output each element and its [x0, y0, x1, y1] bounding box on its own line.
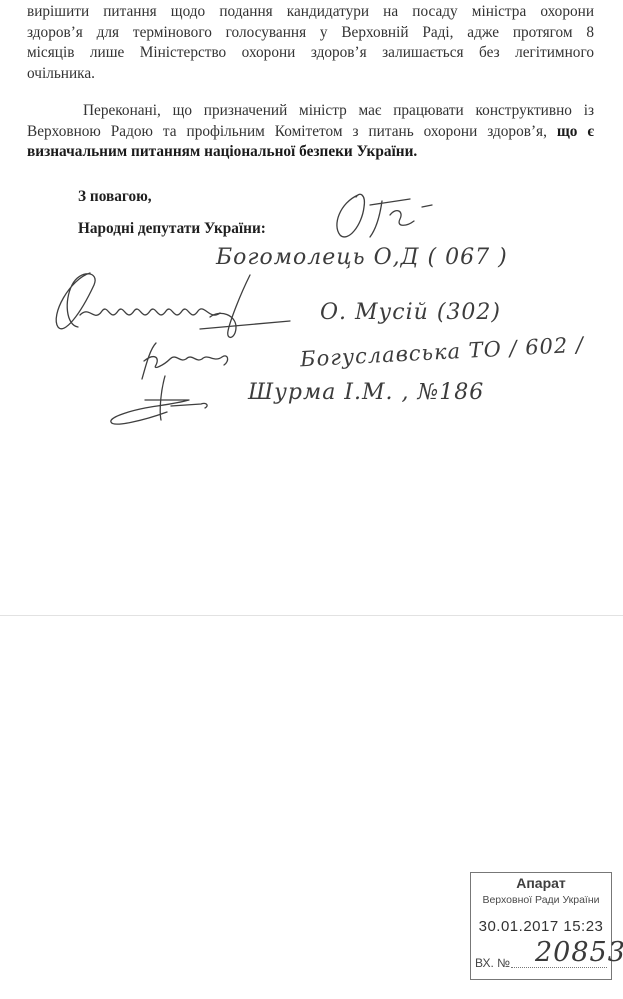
text-line: здоров’я для термінового голосування у В…: [27, 23, 594, 44]
stamp-organization: Верховної Ради України: [471, 894, 611, 906]
page-fold-line: [0, 615, 623, 616]
signature-name-2: О. Мусій (302): [320, 300, 501, 325]
signatories-label: Народні депутати України:: [78, 220, 266, 238]
text-regular: Верховною Радою та профільним Комітетом …: [27, 123, 557, 140]
signature-mark-1: [330, 185, 440, 245]
stamp-datetime: 30.01.2017 15:23: [471, 918, 611, 935]
stamp-title: Апарат: [471, 875, 611, 891]
text-line: вирішити питання щодо подання кандидатур…: [27, 2, 594, 23]
text-line: очільника.: [27, 64, 594, 85]
text-line: Переконані, що призначений міністр має п…: [27, 101, 594, 122]
stamp-incoming-label: ВХ. №: [475, 956, 510, 970]
registration-stamp: Апарат Верховної Ради України 30.01.2017…: [470, 872, 612, 980]
paragraph-conviction: Переконані, що призначений міністр має п…: [27, 101, 594, 163]
signature-name-4: Шурма І.М. , №186: [248, 380, 484, 405]
paragraph-request: вирішити питання щодо подання кандидатур…: [27, 2, 594, 84]
signature-mark-2: [50, 265, 300, 345]
text-line: місяців лише Міністерство охорони здоров…: [27, 43, 594, 64]
signature-name-3: Богуславська ТО / 602 /: [300, 333, 585, 372]
text-emphasis-line: визначальним питанням національної безпе…: [27, 142, 594, 163]
closing-regards: З повагою,: [78, 188, 152, 206]
text-line: Верховною Радою та профільним Комітетом …: [27, 122, 594, 143]
text-emphasis: що є: [557, 123, 594, 140]
stamp-incoming-number: 20853: [535, 937, 623, 968]
signature-mark-4: [105, 370, 235, 430]
